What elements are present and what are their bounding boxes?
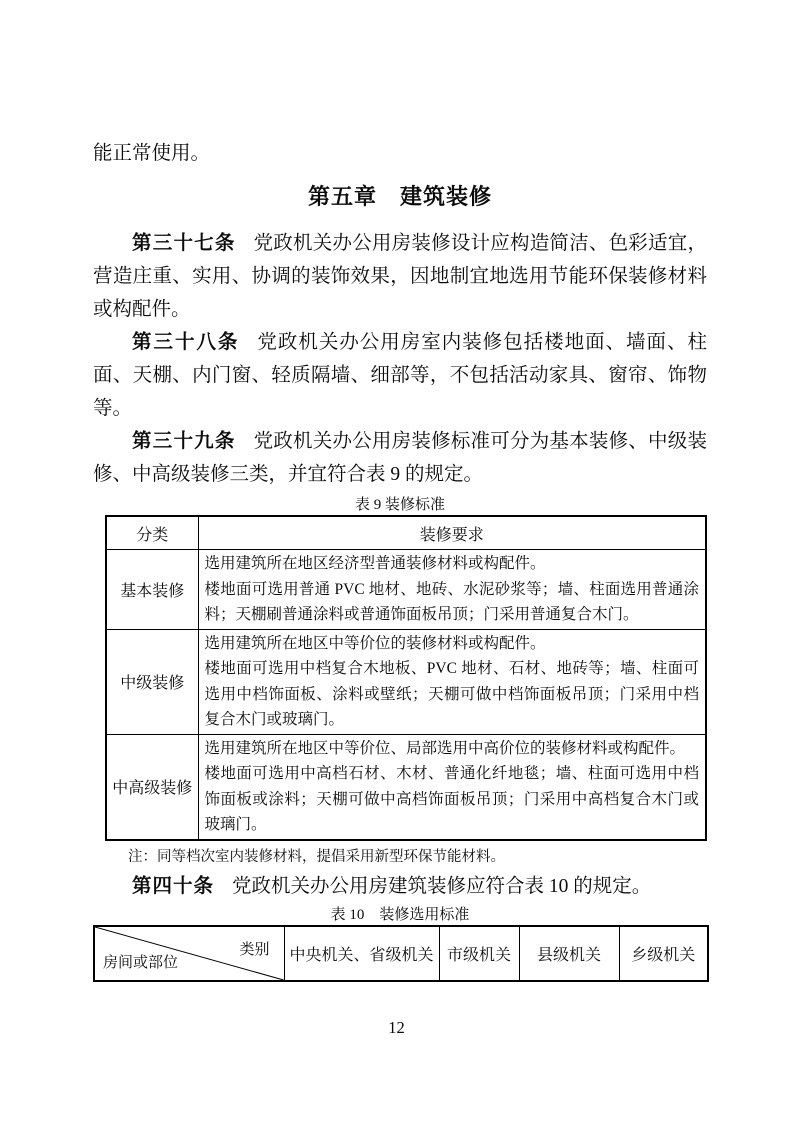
requirements-cell: 选用建筑所在地区经济型普通装修材料或构配件。 楼地面可选用普通 PVC 地材、地… (198, 550, 706, 630)
table10-col-county: 县级机关 (519, 926, 619, 981)
article-39-paragraph: 第三十九条党政机关办公用房装修标准可分为基本装修、中级装修、中高级装修三类，并宜… (93, 425, 707, 491)
table9-row-basic: 基本装修 选用建筑所在地区经济型普通装修材料或构配件。 楼地面可选用普通 PVC… (106, 550, 706, 630)
chapter-heading: 第五章 建筑装修 (93, 178, 707, 215)
requirements-cell: 选用建筑所在地区中等价位的装修材料或构配件。 楼地面可选用中档复合木地板、PVC… (198, 629, 706, 734)
requirement-paragraph: 楼地面可选用普通 PVC 地材、地砖、水泥砂浆等；墙、柱面选用普通涂料；天棚刷普… (205, 577, 700, 628)
document-page: 能正常使用。 第五章 建筑装修 第三十七条党政机关办公用房装修设计应构造简洁、色… (0, 0, 793, 1122)
requirement-paragraph: 选用建筑所在地区经济型普通装修材料或构配件。 (205, 551, 700, 577)
table10-col-city: 市级机关 (439, 926, 519, 981)
category-cell: 基本装修 (106, 550, 198, 630)
article-40-text: 党政机关办公用房建筑装修应符合表 10 的规定。 (232, 876, 651, 897)
table9-row-midhigh: 中高级装修 选用建筑所在地区中等价位、局部选用中高价位的装修材料或构配件。 楼地… (106, 734, 706, 840)
requirement-paragraph: 楼地面可选用中档复合木地板、PVC 地材、石材、地砖等；墙、柱面可选用中档饰面板… (205, 656, 700, 733)
article-40-label: 第四十条 (132, 875, 214, 897)
article-38-paragraph: 第三十八条党政机关办公用房室内装修包括楼地面、墙面、柱面、天棚、内门窗、轻质隔墙… (93, 326, 707, 425)
page-number: 12 (0, 1018, 793, 1038)
article-38-label: 第三十八条 (132, 331, 239, 353)
table10: 房间或部位 类别 中央机关、省级机关 市级机关 县级机关 乡级机关 (93, 925, 709, 982)
corner-label-rooms: 房间或部位 (103, 956, 178, 971)
table9-header-requirements: 装修要求 (198, 516, 706, 550)
table9-header-row: 分类 装修要求 (106, 516, 706, 550)
table9-caption: 表 9 装修标准 (93, 495, 707, 515)
page-content: 能正常使用。 第五章 建筑装修 第三十七条党政机关办公用房装修设计应构造简洁、色… (93, 137, 707, 982)
requirement-paragraph: 楼地面可选用中高档石材、木材、普通化纤地毯；墙、柱面可选用中档饰面板或涂料；天棚… (205, 761, 700, 838)
table9: 分类 装修要求 基本装修 选用建筑所在地区经济型普通装修材料或构配件。 楼地面可… (105, 515, 707, 841)
table9-note: 注：同等档次室内装修材料，提倡采用新型环保节能材料。 (128, 848, 707, 866)
category-cell: 中级装修 (106, 629, 198, 734)
requirement-paragraph: 选用建筑所在地区中等价位、局部选用中高价位的装修材料或构配件。 (205, 736, 700, 762)
paragraph-continuation: 能正常使用。 (93, 137, 707, 170)
table10-header-row: 房间或部位 类别 中央机关、省级机关 市级机关 县级机关 乡级机关 (94, 926, 708, 981)
table10-col-central-provincial: 中央机关、省级机关 (284, 926, 439, 981)
article-40-paragraph: 第四十条党政机关办公用房建筑装修应符合表 10 的规定。 (93, 870, 707, 903)
article-37-label: 第三十七条 (132, 232, 236, 254)
table9-header-category: 分类 (106, 516, 198, 550)
table10-col-township: 乡级机关 (619, 926, 708, 981)
category-cell: 中高级装修 (106, 734, 198, 840)
requirement-paragraph: 选用建筑所在地区中等价位的装修材料或构配件。 (205, 631, 700, 657)
requirements-cell: 选用建筑所在地区中等价位、局部选用中高价位的装修材料或构配件。 楼地面可选用中高… (198, 734, 706, 840)
corner-cell: 房间或部位 类别 (94, 926, 284, 981)
article-39-label: 第三十九条 (132, 430, 236, 452)
table10-caption: 表 10 装修选用标准 (93, 905, 707, 925)
table9-row-mid: 中级装修 选用建筑所在地区中等价位的装修材料或构配件。 楼地面可选用中档复合木地… (106, 629, 706, 734)
article-37-paragraph: 第三十七条党政机关办公用房装修设计应构造简洁、色彩适宜，营造庄重、实用、协调的装… (93, 227, 707, 326)
corner-label-category: 类别 (239, 943, 269, 958)
